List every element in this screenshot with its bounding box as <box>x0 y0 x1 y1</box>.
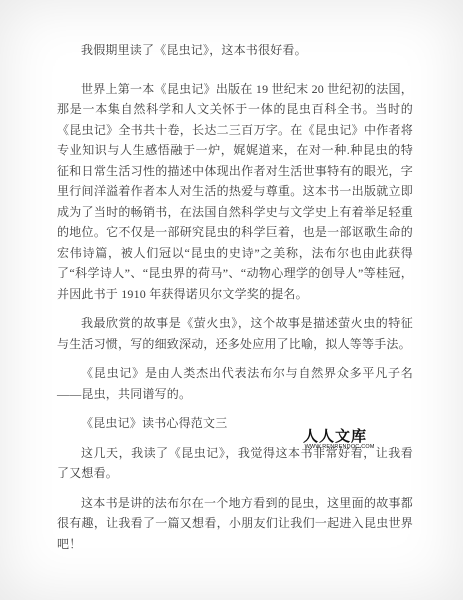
paragraph: 这几天，我读了《昆虫记》，我觉得这本书非常好看，让我看了又想看。 <box>57 443 413 484</box>
paragraph: 这本书是讲的法布尔在一个地方看到的昆虫，这里面的故事都很有趣，让我看了一篇又想看… <box>57 493 413 555</box>
section-heading: 《昆虫记》读书心得范文三 <box>57 413 413 434</box>
paragraph: 我最欣赏的故事是《萤火虫》，这个故事是描述萤火虫的特征与生活习惯，写的细致深动，… <box>57 313 413 354</box>
document-page: 我假期里读了《昆虫记》，这本书很好看。 世界上第一本《昆虫记》出版在 19 世纪… <box>0 0 463 600</box>
paragraph: 世界上第一本《昆虫记》出版在 19 世纪末 20 世纪初的法国，那是一本集自然科… <box>57 79 413 305</box>
paragraph: 我假期里读了《昆虫记》，这本书很好看。 <box>57 40 413 61</box>
paragraph: 《昆虫记》是由人类杰出代表法布尔与自然界众多平凡子名——昆虫，共同谱写的。 <box>57 363 413 404</box>
document-body: 我假期里读了《昆虫记》，这本书很好看。 世界上第一本《昆虫记》出版在 19 世纪… <box>57 40 413 563</box>
